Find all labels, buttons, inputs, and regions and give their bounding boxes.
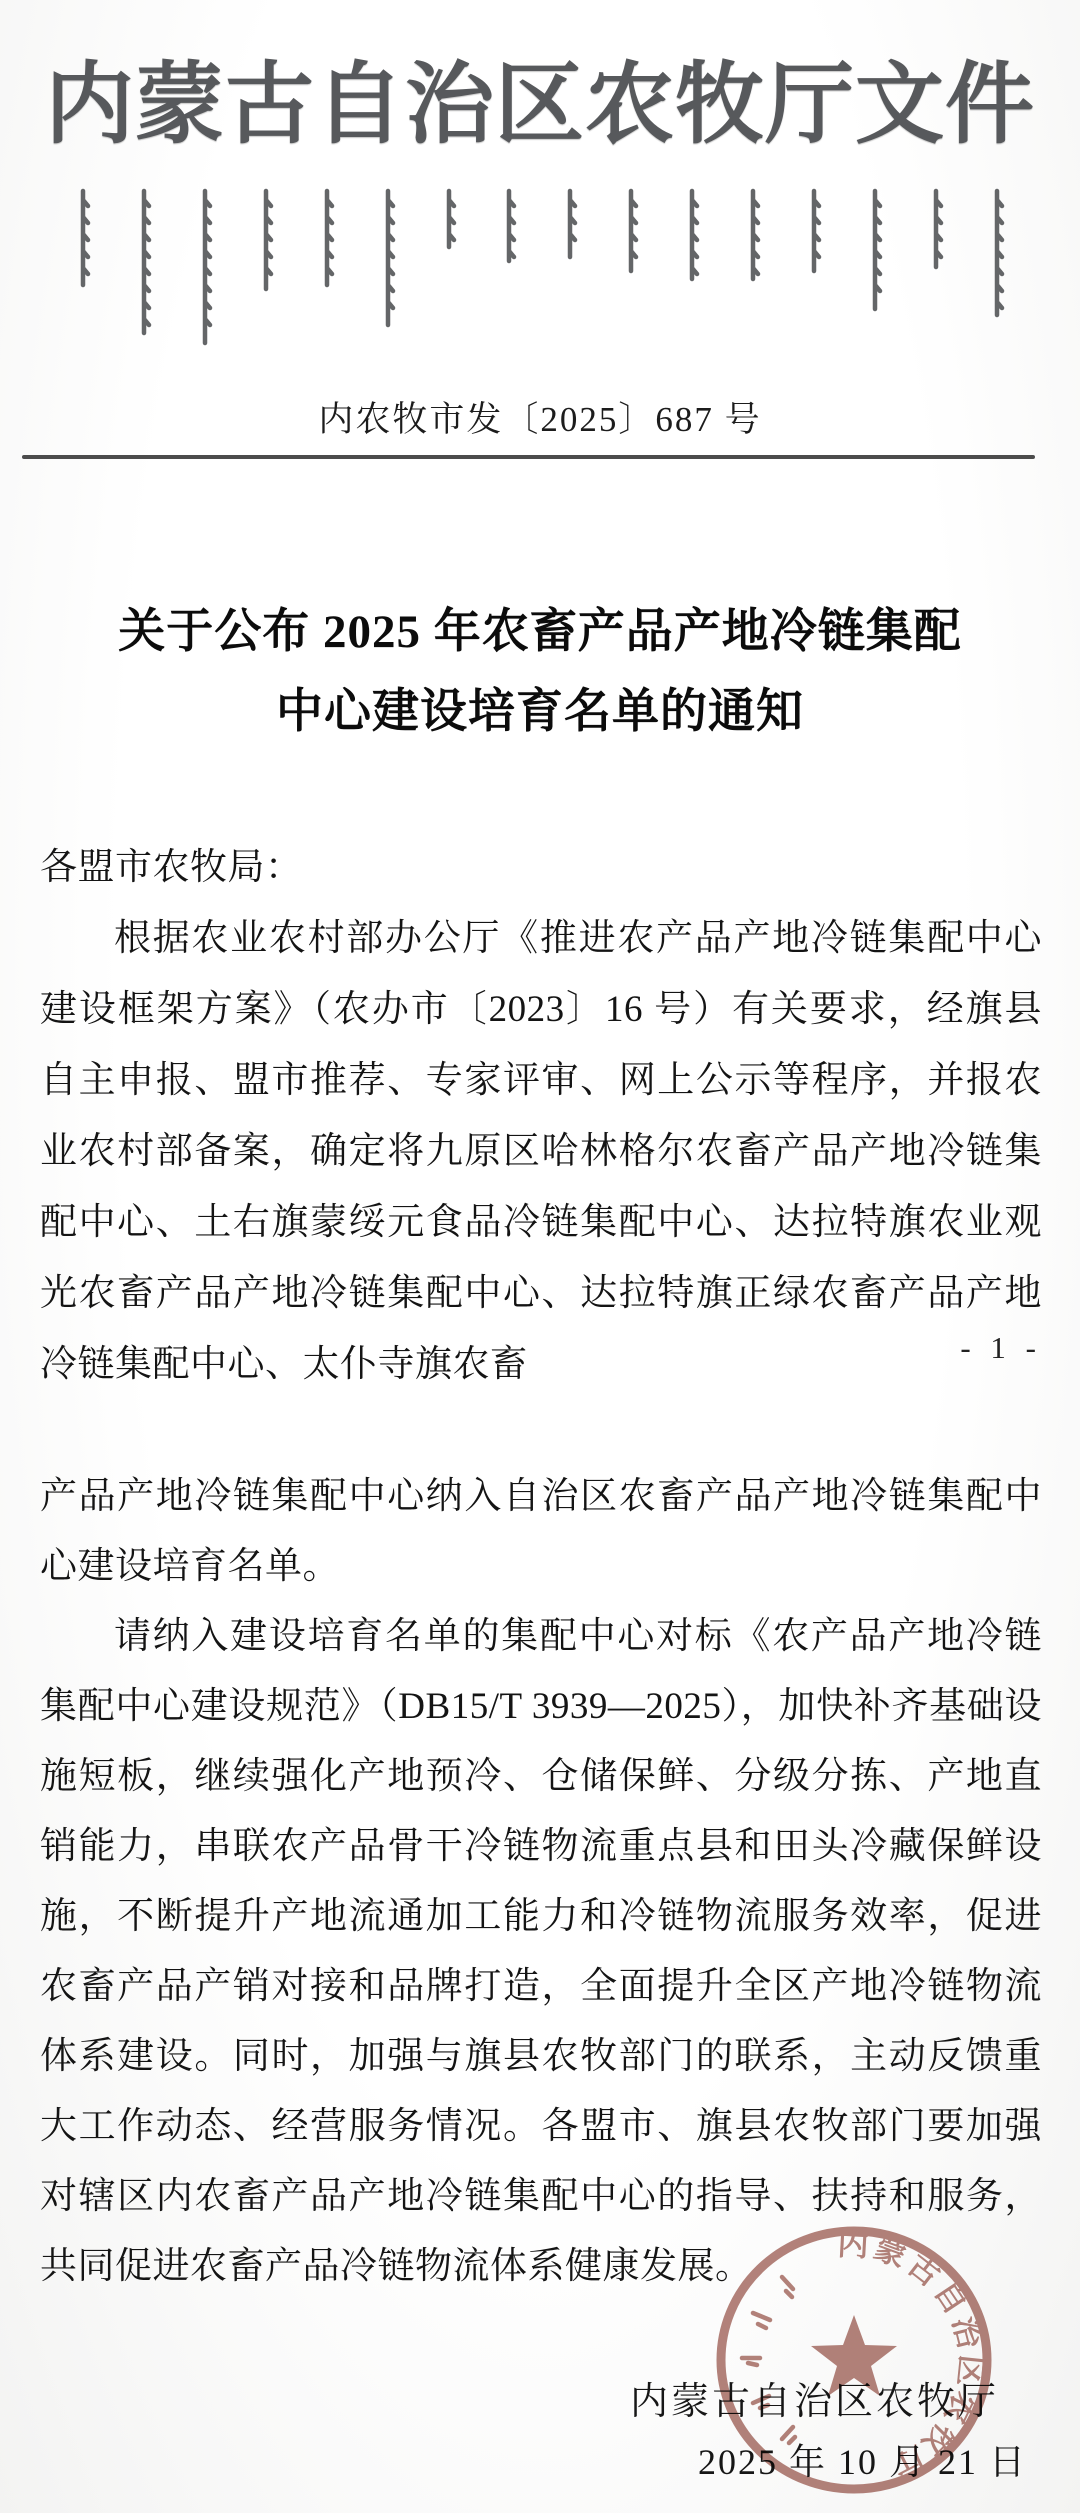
mongolian-script-column: [867, 188, 883, 312]
document-title: 关于公布 2025 年农畜产品产地冷链集配 中心建设培育名单的通知: [0, 592, 1080, 752]
mongolian-script-column: [380, 188, 396, 328]
star-icon: [811, 2315, 897, 2396]
mongolian-script-column: [684, 188, 700, 282]
official-round-seal: 内蒙古自治区农牧厅: [708, 2220, 1000, 2500]
document-title-line1: 关于公布 2025 年农畜产品产地冷链集配: [0, 592, 1080, 672]
paragraph-2: 请纳入建设培育名单的集配中心对标《农产品产地冷链集配中心建设规范》（DB15/T…: [40, 1602, 1042, 2302]
mongolian-script-column: [928, 188, 944, 270]
mongolian-script-column: [258, 188, 274, 292]
mongolian-script-column: [623, 188, 639, 274]
mongolian-script-column: [989, 188, 1005, 318]
document-number: 内农牧市发〔2025〕687 号: [0, 392, 1080, 442]
mongolian-script-column: [197, 188, 213, 346]
mongolian-script-column: [806, 188, 822, 274]
body-page1: 各盟市农牧局： 根据农业农村部办公厅《推进农产品产地冷链集配中心建设框架方案》（…: [40, 832, 1042, 1400]
seal-mongolian-marks: [742, 2277, 795, 2443]
paragraph-1: 根据农业农村部办公厅《推进农产品产地冷链集配中心建设框架方案》（农办市〔2023…: [40, 903, 1042, 1400]
salutation: 各盟市农牧局：: [40, 832, 1042, 903]
document-title-line2: 中心建设培育名单的通知: [0, 672, 1080, 752]
mongolian-script-column: [441, 188, 457, 250]
agency-header-title: 内蒙古自治区农牧厅文件: [0, 34, 1080, 161]
mongolian-script-column: [75, 188, 91, 288]
paragraph-1-continuation: 产品产地冷链集配中心纳入自治区农畜产品产地冷链集配中心建设培育名单。: [40, 1462, 1042, 1602]
mongolian-script-column: [745, 188, 761, 282]
mongolian-script-column: [501, 188, 517, 264]
page-number: - 1 -: [960, 1330, 1042, 1366]
mongolian-script-column: [319, 188, 335, 288]
body-page2: 产品产地冷链集配中心纳入自治区农畜产品产地冷链集配中心建设培育名单。 请纳入建设…: [40, 1462, 1042, 2302]
mongolian-script-column: [136, 188, 152, 336]
mongolian-script-column: [562, 188, 578, 260]
mongolian-script-banner: [75, 188, 1005, 338]
header-divider-rule: [22, 455, 1035, 459]
